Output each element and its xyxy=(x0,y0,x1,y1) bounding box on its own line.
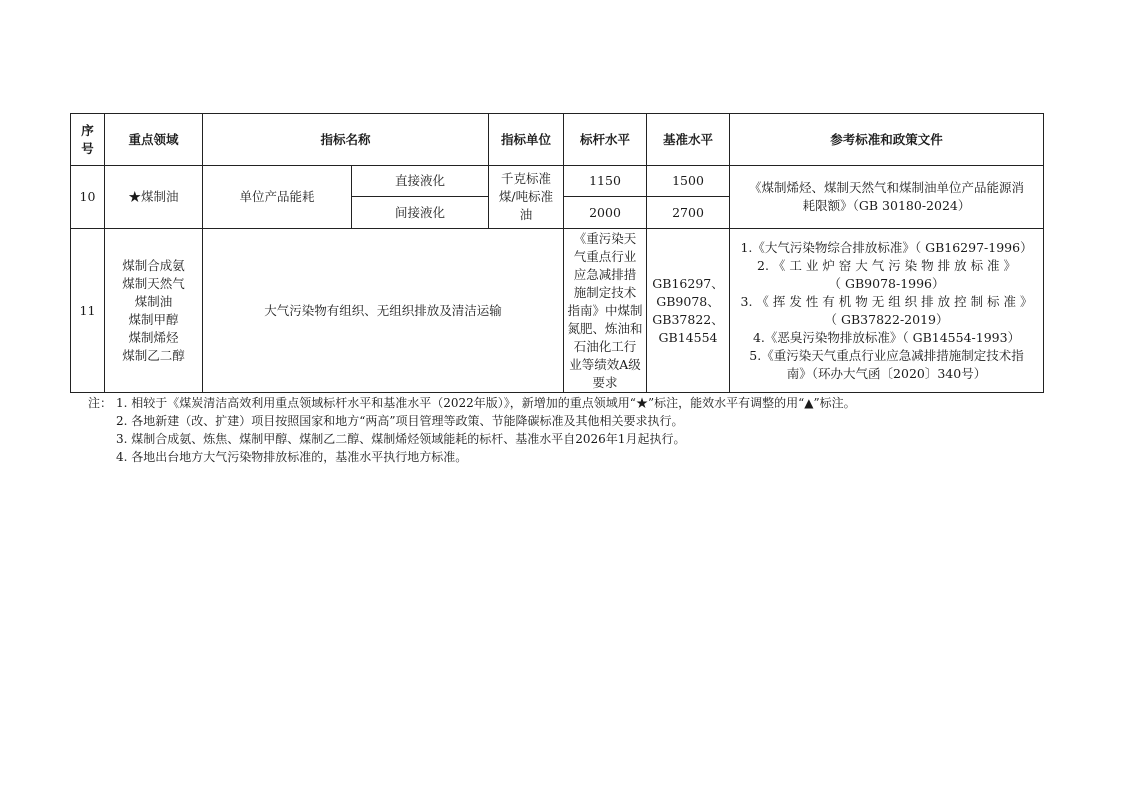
header-indicator-name: 指标名称 xyxy=(203,114,489,166)
benchmark-line: 施制定技术 xyxy=(564,284,646,302)
table-header-row: 序 号 重点领域 指标名称 指标单位 标杆水平 基准水平 参考标准和政策文件 xyxy=(71,114,1044,166)
reference-line: 4.《恶臭污染物排放标准》（ GB14554-1993） xyxy=(730,329,1043,347)
row-benchmark: 1150 xyxy=(564,166,647,197)
field-line: 煤制甲醇 xyxy=(105,311,202,329)
row-benchmark: 《重污染天 气重点行业 应急减排措 施制定技术 指南》中煤制 氮肥、炼油和 石油… xyxy=(564,229,647,393)
row-baseline: 1500 xyxy=(647,166,730,197)
row-field: ★煤制油 xyxy=(105,166,203,229)
reference-line: （ GB9078-1996） xyxy=(730,275,1043,293)
header-field: 重点领域 xyxy=(105,114,203,166)
notes-indent xyxy=(88,430,116,448)
field-line: 煤制油 xyxy=(105,293,202,311)
baseline-line: GB14554 xyxy=(647,329,729,347)
reference-line: 3. 《 挥 发 性 有 机 物 无 组 织 排 放 控 制 标 准 》 xyxy=(730,293,1043,311)
row-reference: 《煤制烯烃、煤制天然气和煤制油单位产品能源消 耗限额》（GB 30180-202… xyxy=(730,166,1044,229)
header-benchmark: 标杆水平 xyxy=(564,114,647,166)
reference-line: 《煤制烯烃、煤制天然气和煤制油单位产品能源消 xyxy=(730,179,1043,197)
reference-line: 耗限额》（GB 30180-2024） xyxy=(730,197,1043,215)
notes-indent xyxy=(88,448,116,466)
benchmark-line: 指南》中煤制 xyxy=(564,302,646,320)
benchmark-line: 气重点行业 xyxy=(564,248,646,266)
note-item: 3. 煤制合成氨、炼焦、煤制甲醇、煤制乙二醇、煤制烯烃领域能耗的标杆、基准水平自… xyxy=(88,430,856,448)
row-reference: 1.《大气污染物综合排放标准》（ GB16297-1996） 2. 《 工 业 … xyxy=(730,229,1044,393)
header-seq: 序 号 xyxy=(71,114,105,166)
notes-prefix: 注： xyxy=(88,394,116,412)
row-indicator-unit: 千克标准 煤/吨标准 油 xyxy=(489,166,564,229)
note-text: 4. 各地出台地方大气污染物排放标准的，基准水平执行地方标准。 xyxy=(116,448,467,466)
note-item: 4. 各地出台地方大气污染物排放标准的，基准水平执行地方标准。 xyxy=(88,448,856,466)
field-line: 煤制乙二醇 xyxy=(105,347,202,365)
row-baseline: GB16297、 GB9078、 GB37822、 GB14554 xyxy=(647,229,730,393)
benchmark-line: 业等绩效A级 xyxy=(564,356,646,374)
reference-line: 2. 《 工 业 炉 窑 大 气 污 染 物 排 放 标 准 》 xyxy=(730,257,1043,275)
field-line: 煤制天然气 xyxy=(105,275,202,293)
reference-line: （ GB37822-2019） xyxy=(730,311,1043,329)
reference-line: 南》（环办大气函〔2020〕340号） xyxy=(730,365,1043,383)
header-seq-line: 号 xyxy=(71,140,104,158)
header-seq-line: 序 xyxy=(71,122,104,140)
benchmark-line: 应急减排措 xyxy=(564,266,646,284)
row-sub-name: 直接液化 xyxy=(352,166,489,197)
field-line: 煤制合成氨 xyxy=(105,257,202,275)
note-item: 注： 1. 相较于《煤炭清洁高效利用重点领域标杆水平和基准水平（2022年版）》… xyxy=(88,394,856,412)
indicator-table: 序 号 重点领域 指标名称 指标单位 标杆水平 基准水平 参考标准和政策文件 1… xyxy=(70,113,1044,393)
reference-line: 1.《大气污染物综合排放标准》（ GB16297-1996） xyxy=(730,239,1043,257)
note-text: 1. 相较于《煤炭清洁高效利用重点领域标杆水平和基准水平（2022年版）》，新增… xyxy=(116,394,856,412)
notes-indent xyxy=(88,412,116,430)
unit-line: 千克标准 xyxy=(489,170,563,188)
baseline-line: GB9078、 xyxy=(647,293,729,311)
row-field: 煤制合成氨 煤制天然气 煤制油 煤制甲醇 煤制烯烃 煤制乙二醇 xyxy=(105,229,203,393)
table-row: 10 ★煤制油 单位产品能耗 直接液化 千克标准 煤/吨标准 油 1150 15… xyxy=(71,166,1044,197)
unit-line: 油 xyxy=(489,206,563,224)
benchmark-line: 《重污染天 xyxy=(564,230,646,248)
row-benchmark: 2000 xyxy=(564,197,647,229)
field-line: 煤制烯烃 xyxy=(105,329,202,347)
document-page: 序 号 重点领域 指标名称 指标单位 标杆水平 基准水平 参考标准和政策文件 1… xyxy=(0,0,1123,794)
benchmark-line: 氮肥、炼油和 xyxy=(564,320,646,338)
row-indicator-name: 单位产品能耗 xyxy=(203,166,352,229)
notes-section: 注： 1. 相较于《煤炭清洁高效利用重点领域标杆水平和基准水平（2022年版）》… xyxy=(88,394,856,466)
row-seq: 10 xyxy=(71,166,105,229)
benchmark-line: 要求 xyxy=(564,374,646,392)
note-item: 2. 各地新建（改、扩建）项目按照国家和地方“两高”项目管理等政策、节能降碳标准… xyxy=(88,412,856,430)
benchmark-line: 石油化工行 xyxy=(564,338,646,356)
unit-line: 煤/吨标准 xyxy=(489,188,563,206)
baseline-line: GB37822、 xyxy=(647,311,729,329)
header-baseline: 基准水平 xyxy=(647,114,730,166)
note-text: 2. 各地新建（改、扩建）项目按照国家和地方“两高”项目管理等政策、节能降碳标准… xyxy=(116,412,684,430)
table-row: 11 煤制合成氨 煤制天然气 煤制油 煤制甲醇 煤制烯烃 煤制乙二醇 大气污染物… xyxy=(71,229,1044,393)
note-text: 3. 煤制合成氨、炼焦、煤制甲醇、煤制乙二醇、煤制烯烃领域能耗的标杆、基准水平自… xyxy=(116,430,685,448)
row-sub-name: 间接液化 xyxy=(352,197,489,229)
row-baseline: 2700 xyxy=(647,197,730,229)
baseline-line: GB16297、 xyxy=(647,275,729,293)
header-indicator-unit: 指标单位 xyxy=(489,114,564,166)
header-reference: 参考标准和政策文件 xyxy=(730,114,1044,166)
reference-line: 5.《重污染天气重点行业应急减排措施制定技术指 xyxy=(730,347,1043,365)
row-indicator-name: 大气污染物有组织、无组织排放及清洁运输 xyxy=(203,229,564,393)
row-seq: 11 xyxy=(71,229,105,393)
